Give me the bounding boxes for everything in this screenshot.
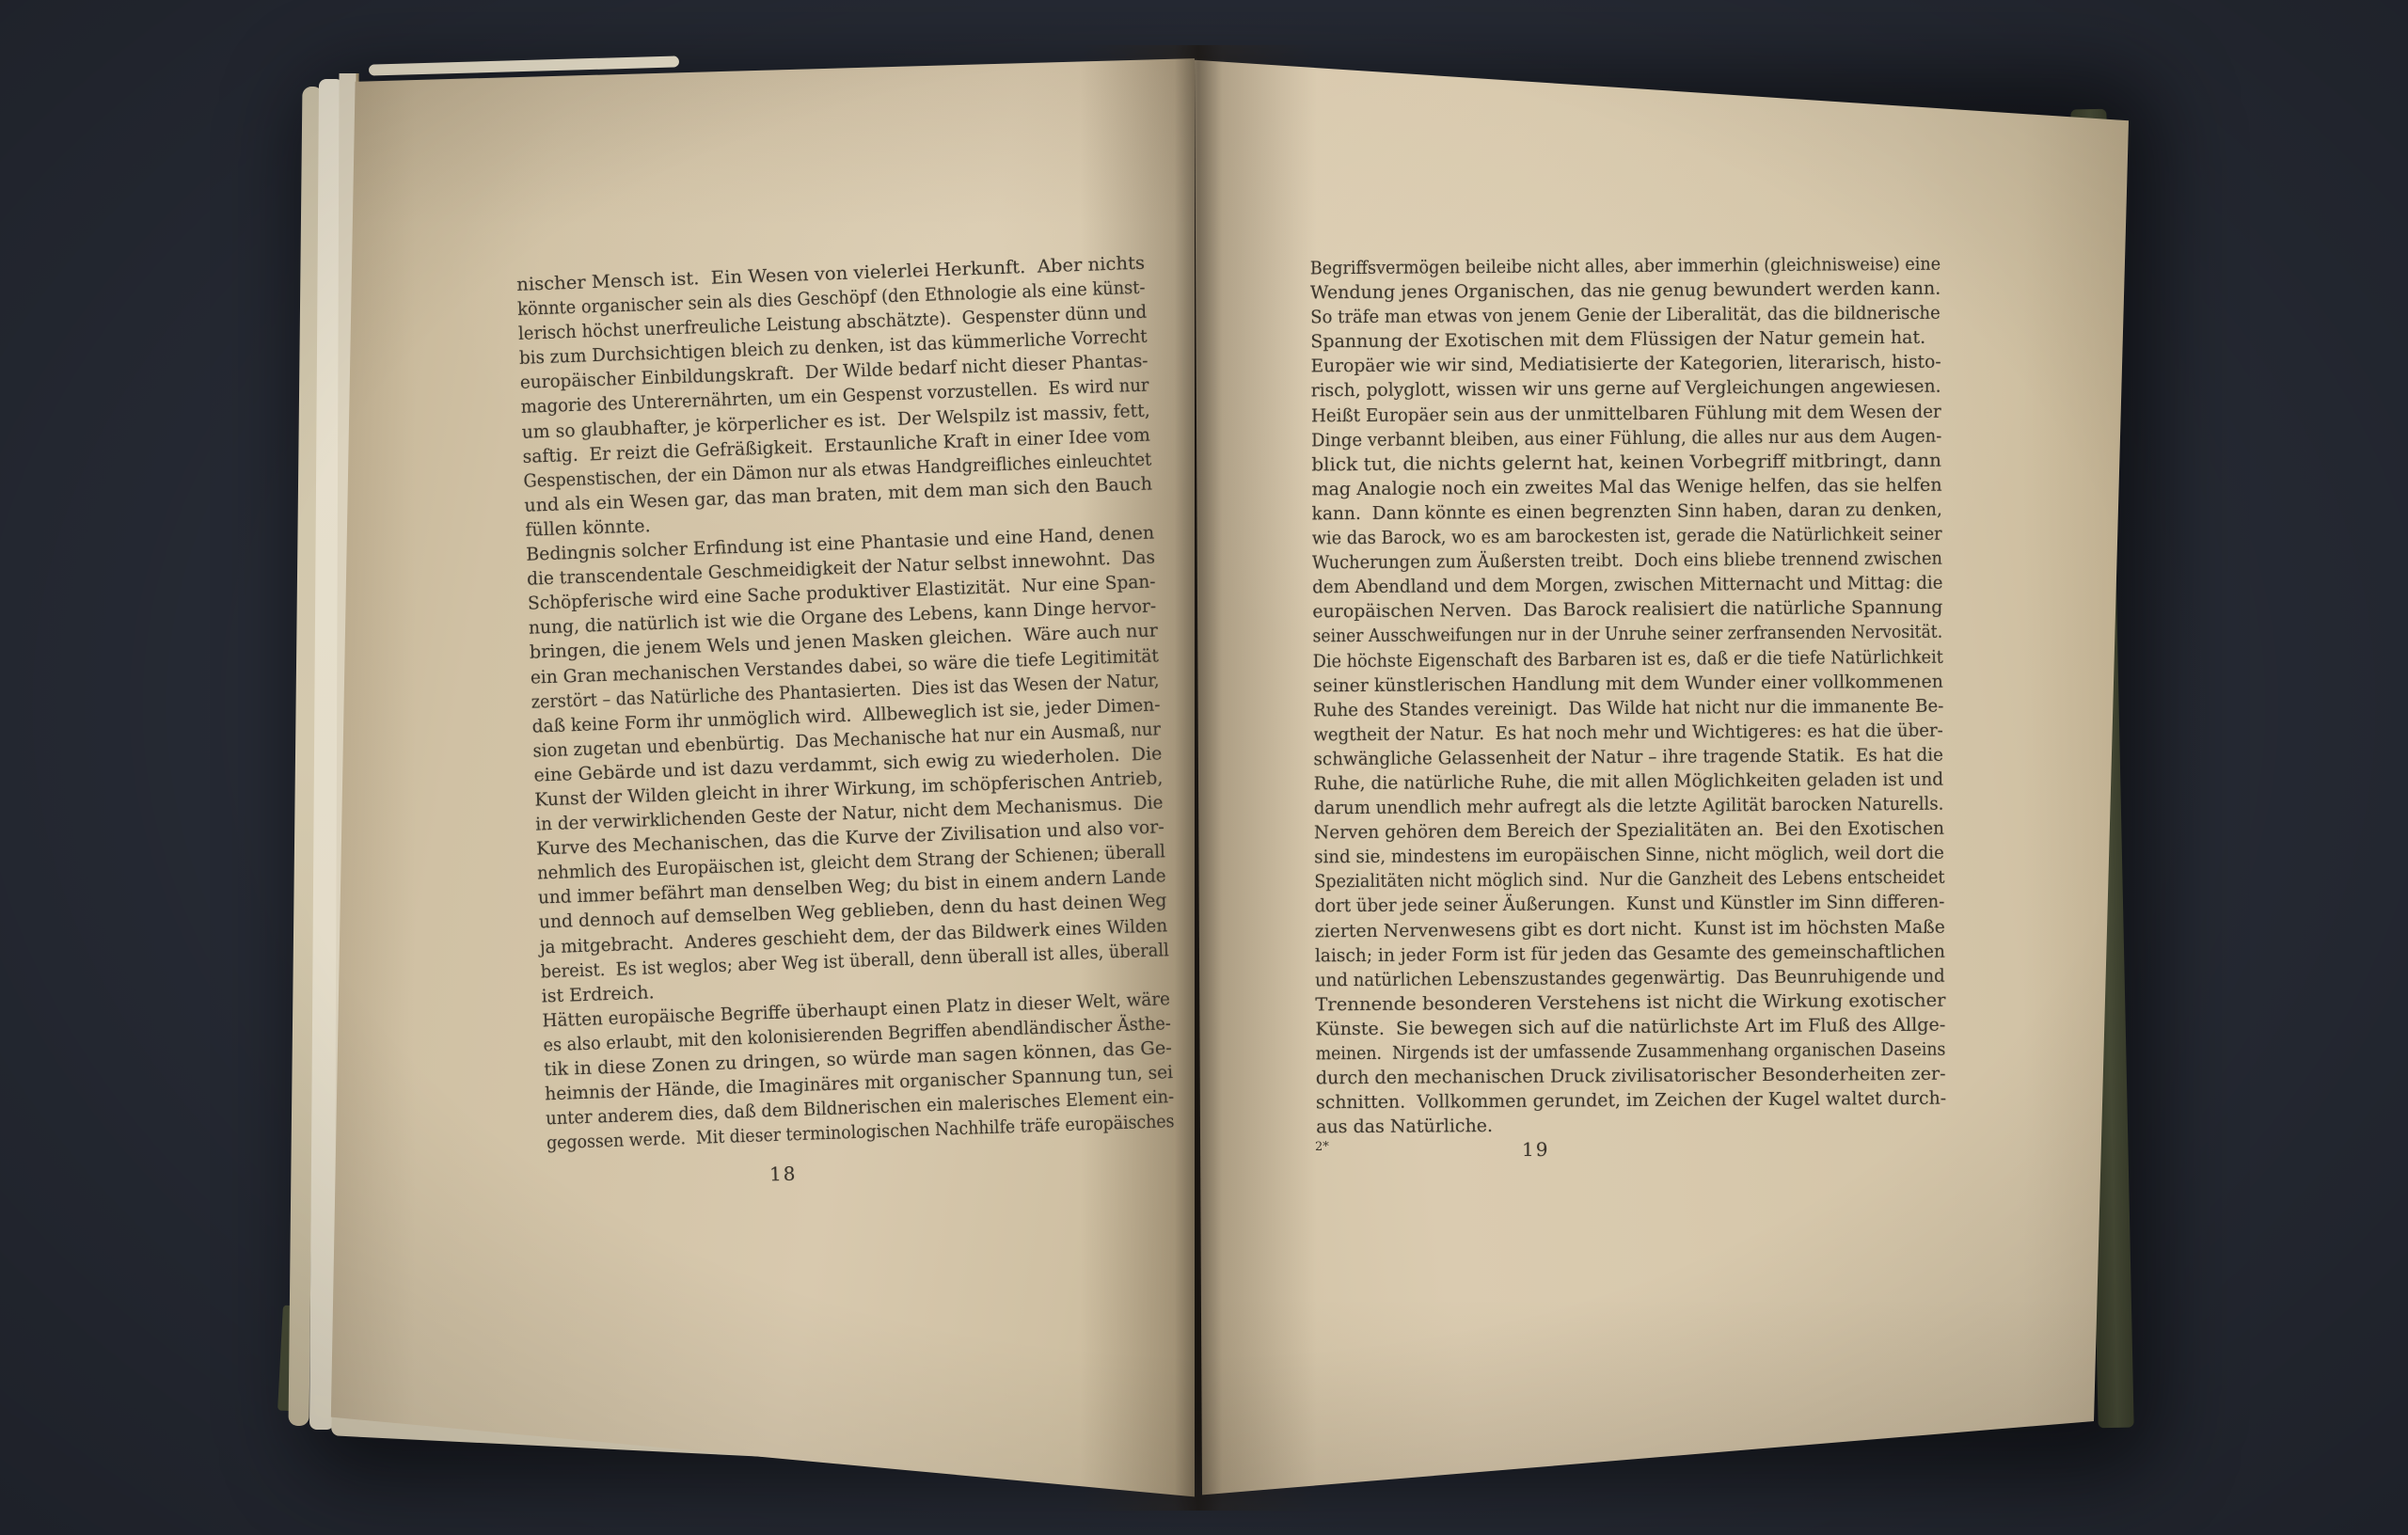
text-line: schnitten. Vollkommen gerundet, im Zeich… [1316,1086,1946,1116]
book-photo: nischer Mensch ist. Ein Wesen von vieler… [0,0,2408,1535]
printer-signature-mark: 2* [1315,1140,1329,1154]
right-page-text: Begriffsvermögen beileibe nicht alles, a… [1310,252,1947,1140]
page-number-right: 19 [1522,1138,1549,1161]
left-page-text: nischer Mensch ist. Ein Wesen von vieler… [516,251,1175,1156]
page-number-left: 18 [769,1163,798,1186]
text-line: aus das Natürliche. [1316,1111,1946,1140]
page-stack-edge-top [369,55,679,75]
